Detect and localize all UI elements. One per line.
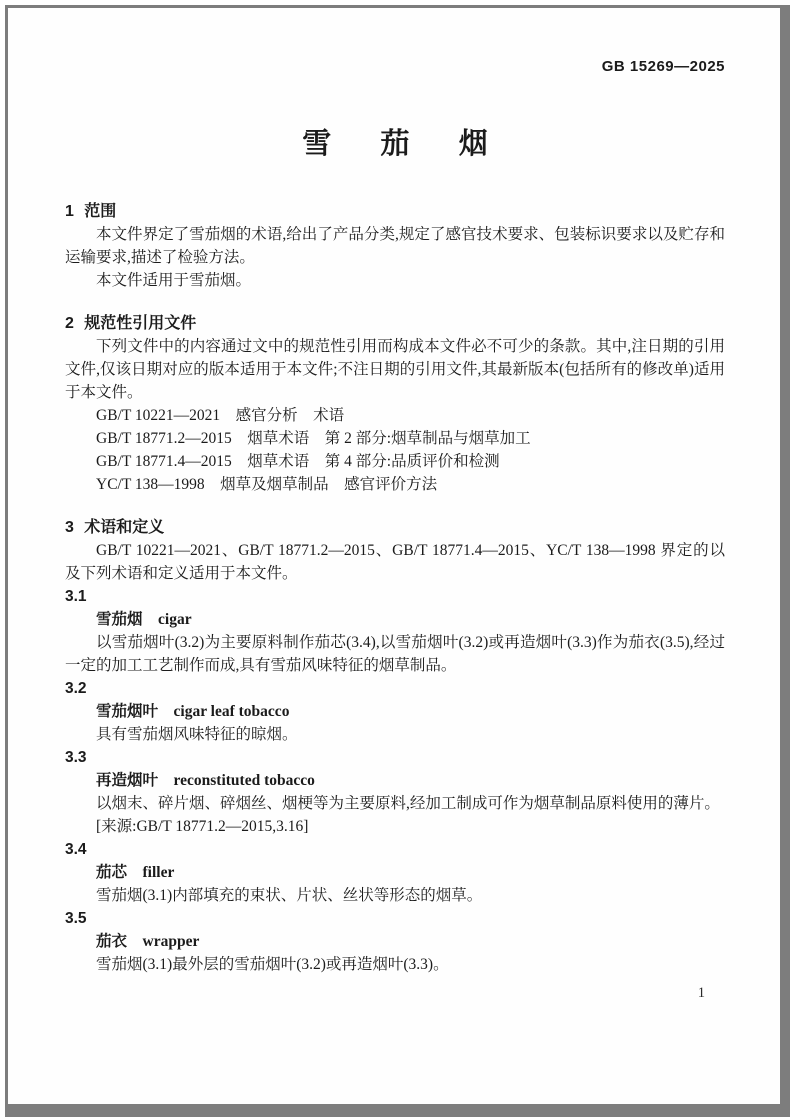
- reference-item: YC/T 138—1998 烟草及烟草制品 感官评价方法: [65, 473, 725, 496]
- reference-item: GB/T 18771.2—2015 烟草术语 第 2 部分:烟草制品与烟草加工: [65, 427, 725, 450]
- term-3-5-title: 茄衣wrapper: [65, 930, 725, 953]
- term-3-3-english: reconstituted tobacco: [174, 772, 315, 789]
- document-title: 雪茄烟: [65, 127, 725, 161]
- term-3-2-chinese: 雪茄烟叶: [96, 703, 158, 720]
- section-3-heading: 3术语和定义: [65, 516, 725, 539]
- document-page: GB 15269—2025 雪茄烟 1范围 本文件界定了雪茄烟的术语,给出了产品…: [8, 8, 780, 1104]
- term-3-3-source: [来源:GB/T 18771.2—2015,3.16]: [65, 815, 725, 838]
- term-3-4-title: 茄芯filler: [65, 861, 725, 884]
- term-3-2-english: cigar leaf tobacco: [174, 703, 290, 720]
- term-3-1-chinese: 雪茄烟: [96, 611, 143, 628]
- term-3-5-number: 3.5: [65, 907, 725, 930]
- term-3-3-definition: 以烟末、碎片烟、碎烟丝、烟梗等为主要原料,经加工制成可作为烟草制品原料使用的薄片…: [65, 792, 725, 815]
- term-3-1-title: 雪茄烟cigar: [65, 608, 725, 631]
- section-2-heading: 2规范性引用文件: [65, 312, 725, 335]
- term-3-2-number: 3.2: [65, 677, 725, 700]
- section-2-label: 规范性引用文件: [84, 315, 196, 332]
- section-1-heading: 1范围: [65, 200, 725, 223]
- term-3-3-chinese: 再造烟叶: [96, 772, 158, 789]
- term-3-5-english: wrapper: [143, 933, 200, 950]
- term-3-2-definition: 具有雪茄烟风味特征的晾烟。: [65, 723, 725, 746]
- page-number: 1: [65, 983, 725, 1004]
- term-3-4-chinese: 茄芯: [96, 864, 127, 881]
- term-3-4-english: filler: [143, 864, 175, 881]
- term-3-1-english: cigar: [158, 611, 192, 628]
- terms-intro: GB/T 10221—2021、GB/T 18771.2—2015、GB/T 1…: [65, 539, 725, 585]
- term-3-3-title: 再造烟叶reconstituted tobacco: [65, 769, 725, 792]
- section-1-label: 范围: [84, 203, 116, 220]
- section-1-number: 1: [65, 203, 74, 220]
- term-3-3-number: 3.3: [65, 746, 725, 769]
- term-3-5-chinese: 茄衣: [96, 933, 127, 950]
- section-3-label: 术语和定义: [84, 519, 164, 536]
- term-3-2-title: 雪茄烟叶cigar leaf tobacco: [65, 700, 725, 723]
- section-2-number: 2: [65, 315, 74, 332]
- term-3-4-definition: 雪茄烟(3.1)内部填充的束状、片状、丝状等形态的烟草。: [65, 884, 725, 907]
- scope-paragraph-2: 本文件适用于雪茄烟。: [65, 269, 725, 292]
- reference-item: GB/T 10221—2021 感官分析 术语: [65, 404, 725, 427]
- term-3-5-definition: 雪茄烟(3.1)最外层的雪茄烟叶(3.2)或再造烟叶(3.3)。: [65, 953, 725, 976]
- section-3-number: 3: [65, 519, 74, 536]
- term-3-4-number: 3.4: [65, 838, 725, 861]
- reference-item: GB/T 18771.4—2015 烟草术语 第 4 部分:品质评价和检测: [65, 450, 725, 473]
- standard-code: GB 15269—2025: [65, 56, 725, 77]
- term-3-1-number: 3.1: [65, 585, 725, 608]
- references-intro: 下列文件中的内容通过文中的规范性引用而构成本文件必不可少的条款。其中,注日期的引…: [65, 335, 725, 404]
- term-3-1-definition: 以雪茄烟叶(3.2)为主要原料制作茄芯(3.4),以雪茄烟叶(3.2)或再造烟叶…: [65, 631, 725, 677]
- scope-paragraph-1: 本文件界定了雪茄烟的术语,给出了产品分类,规定了感官技术要求、包装标识要求以及贮…: [65, 223, 725, 269]
